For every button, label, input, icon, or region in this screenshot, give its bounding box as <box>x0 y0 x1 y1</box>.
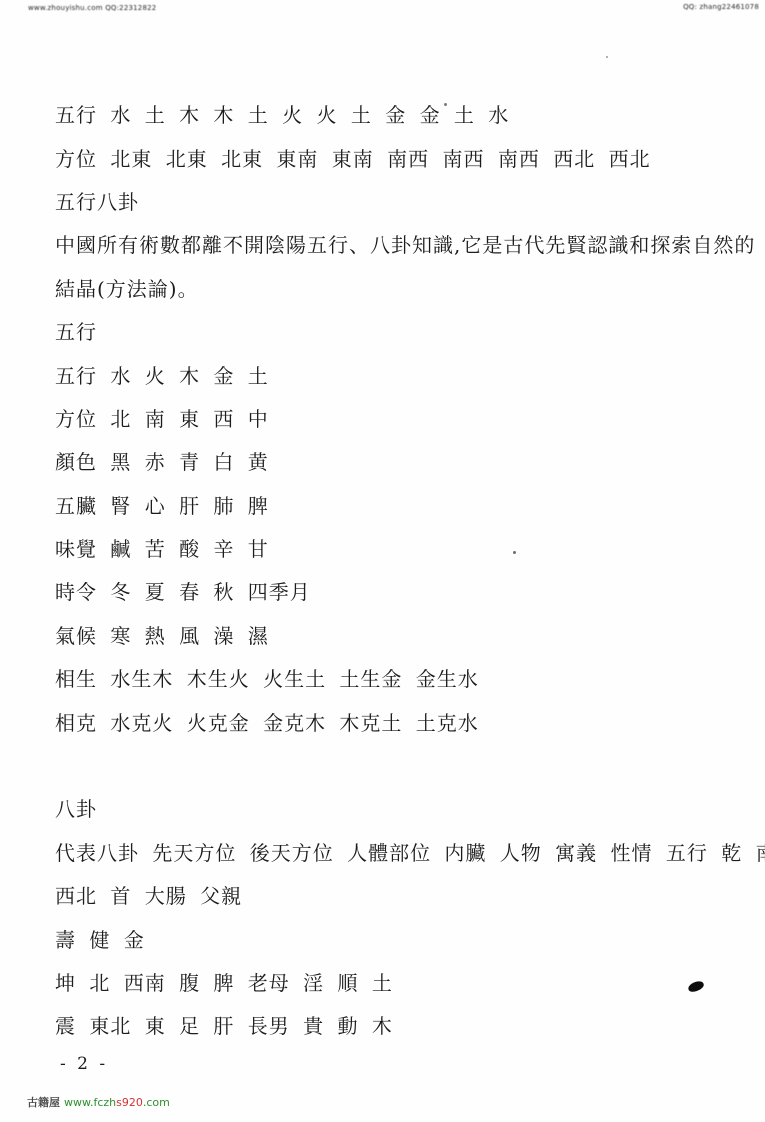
bottom-watermark: 古籍屋www.fczhs920.com <box>27 1096 170 1109</box>
text-line: 五行 水 土 木 木 土 火 火 土 金 金 土 水 <box>55 92 735 135</box>
text-line: 代表八卦 先天方位 後天方位 人體部位 内臟 人物 寓義 性情 五行 乾 南 <box>55 830 735 873</box>
document-text-block: 五行 水 土 木 木 土 火 火 土 金 金 土 水 方位 北東 北東 北東 東… <box>55 92 735 1047</box>
top-right-watermark: QQ: zhang22461078 <box>683 3 759 12</box>
section-heading-bagua: 八卦 <box>55 786 735 829</box>
bottom-watermark-site-name: 古籍屋 <box>27 1096 60 1109</box>
ink-speck <box>513 551 516 554</box>
text-line: 相克 水克火 火克金 金克木 木克土 土克水 <box>55 699 735 742</box>
text-line: 方位 北東 北東 北東 東南 東南 南西 南西 南西 西北 西北 <box>55 135 735 178</box>
ink-speck <box>606 56 608 58</box>
text-line: 結晶(方法論)。 <box>55 266 735 309</box>
bottom-watermark-url-part: s920 <box>116 1096 143 1109</box>
scanned-document-page: www.zhouyishu.com QQ:22312822 QQ: zhang2… <box>0 0 765 1122</box>
section-heading-wuxing: 五行 <box>55 309 735 352</box>
text-line: 相生 水生木 木生火 火生土 土生金 金生水 <box>55 656 735 699</box>
text-line: 震 東北 東 足 肝 長男 貴 動 木 <box>55 1003 735 1046</box>
text-line: 方位 北 南 東 西 中 <box>55 396 735 439</box>
text-line: 西北 首 大腸 父親 <box>55 873 735 916</box>
bottom-watermark-url-part: .com <box>143 1096 170 1109</box>
text-line: 味覺 鹹 苦 酸 辛 甘 <box>55 526 735 569</box>
page-number: - 2 - <box>60 1054 108 1074</box>
top-left-watermark: www.zhouyishu.com QQ:22312822 <box>28 4 156 13</box>
text-line: 五臟 腎 心 肝 肺 脾 <box>55 483 735 526</box>
ink-speck <box>444 103 447 106</box>
text-line: 氣候 寒 熱 風 澡 濕 <box>55 613 735 656</box>
text-line: 五行 水 火 木 金 土 <box>55 352 735 395</box>
text-line: 顏色 黑 赤 青 白 黄 <box>55 439 735 482</box>
bottom-watermark-url-part: www.fczh <box>64 1096 116 1109</box>
section-heading-wuxing-bagua: 五行八卦 <box>55 179 735 222</box>
text-line: 時令 冬 夏 春 秋 四季月 <box>55 569 735 612</box>
text-line: 中國所有術數都離不開陰陽五行、八卦知識,它是古代先賢認識和探索自然的 <box>55 222 735 265</box>
text-line: 坤 北 西南 腹 脾 老母 淫 順 土 <box>55 960 735 1003</box>
text-line: 壽 健 金 <box>55 916 735 959</box>
